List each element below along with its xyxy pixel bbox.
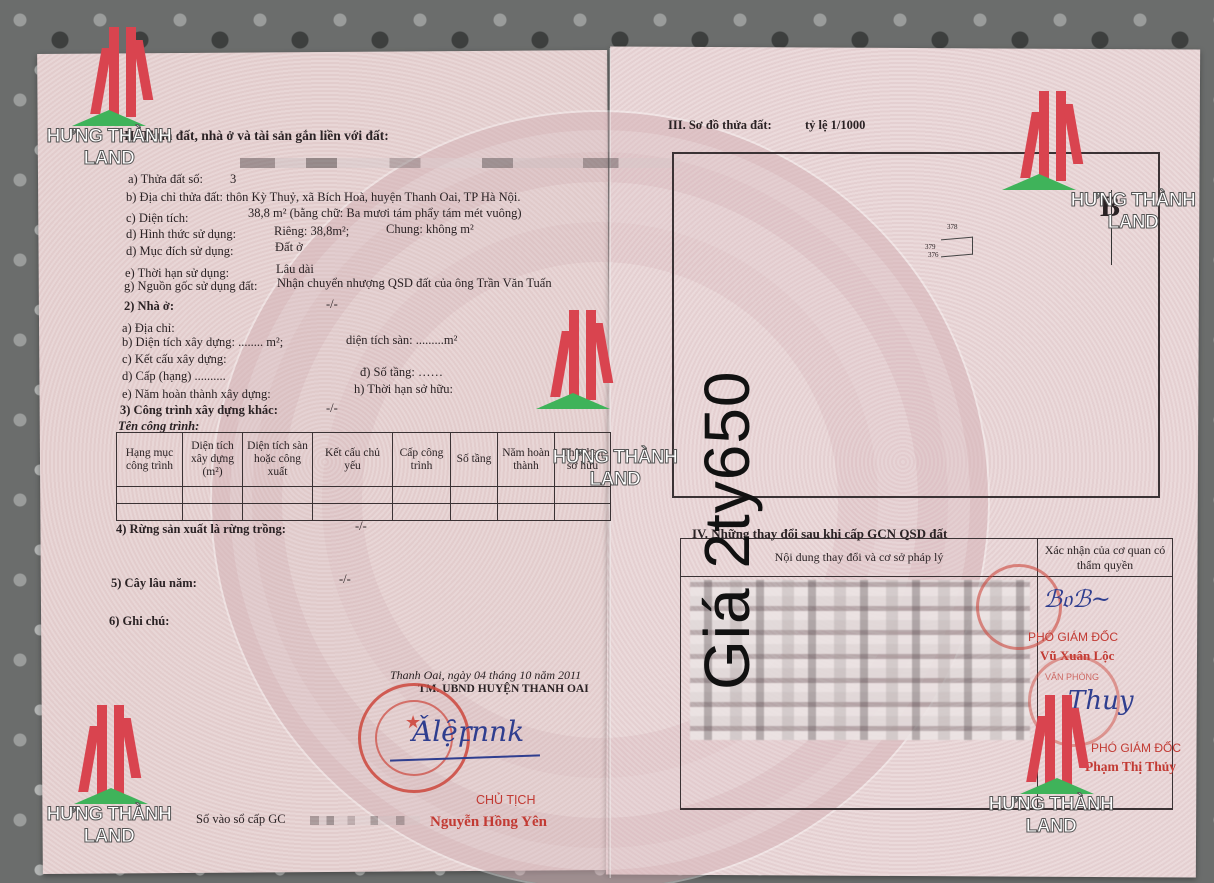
area-label: c) Diện tích: [126, 211, 188, 226]
brand-name: HƯNG THÀNH LAND [540, 447, 690, 491]
other-works-value: -/- [326, 401, 338, 416]
origin-label: g) Nguồn gốc sử dụng đất: [124, 279, 258, 294]
table-row [117, 504, 611, 521]
house-heading: 2) Nhà ở: [124, 299, 174, 314]
table-row [117, 487, 611, 504]
brand-watermark-center: HƯNG THÀNH LAND [540, 305, 690, 435]
perennial-value: -/- [339, 572, 351, 587]
ht-building-logo-icon [536, 393, 610, 409]
house-floor-area: diện tích sàn: .........m² [346, 333, 457, 348]
parcel-number-value: 3 [230, 172, 236, 187]
table-cell [393, 487, 451, 504]
house-ownership-term: h) Thời hạn sở hữu: [354, 382, 453, 397]
handwritten-signature-1: ℬ𝔬ℬ~ [1043, 585, 1111, 613]
other-works-heading: 3) Công trình xây dựng khác: [120, 403, 278, 418]
redacted-register-number [310, 816, 420, 825]
table-cell [243, 487, 313, 504]
usage-private: Riêng: 38,8m²; [274, 224, 349, 239]
signer-title: CHỦ TỊCH [476, 793, 536, 807]
signer-name: Nguyễn Hồng Yên [430, 814, 547, 831]
register-number-label: Số vào sổ cấp GC [196, 812, 286, 827]
plot-scale: tỷ lệ 1/1000 [805, 118, 865, 133]
usage-term-value: Lâu dài [276, 262, 314, 277]
col-item: Hạng mục công trình [117, 433, 183, 487]
table-cell [183, 487, 243, 504]
col-floors: Số tầng [451, 433, 498, 487]
usage-form-label: d) Hình thức sử dụng: [126, 227, 236, 242]
issue-date: Thanh Oai, ngày 04 tháng 10 năm 2011 [390, 668, 581, 683]
table-cell [313, 504, 393, 521]
table-cell [313, 487, 393, 504]
house-floors: đ) Số tầng: …… [360, 365, 443, 380]
forest-value: -/- [355, 519, 367, 534]
table-cell [393, 504, 451, 521]
usage-purpose-value: Đất ở [275, 240, 303, 255]
table-cell [451, 487, 498, 504]
table-cell [498, 504, 555, 521]
table-cell [451, 504, 498, 521]
other-works-table: Hạng mục công trình Diện tích xây dựng (… [116, 432, 611, 521]
ht-building-logo-icon [74, 788, 148, 804]
brand-watermark-bottom-left: HƯNG THÀNH LAND [34, 700, 184, 830]
area-value: 38,8 m² (bằng chữ: Ba mươi tám phẩy tám … [248, 206, 522, 221]
parcel-sketch [941, 237, 973, 258]
table-cell [243, 504, 313, 521]
house-address: a) Địa chỉ: [122, 321, 175, 336]
parcel-label-west: 379 [925, 243, 936, 251]
section-iii-heading: III. Sơ đồ thửa đất: [668, 118, 772, 133]
house-year: e) Năm hoàn thành xây dựng: [122, 387, 271, 402]
col-confirmation: Xác nhận của cơ quan có thẩm quyền [1038, 539, 1173, 577]
brand-watermark-top-right: HƯNG THÀNH LAND [980, 86, 1130, 216]
brand-name: HƯNG THÀNH LAND [34, 804, 184, 848]
house-structure: c) Kết cấu xây dựng: [122, 352, 227, 367]
col-structure: Kết cấu chủ yếu [313, 433, 393, 487]
handwritten-signature-chairman: Ǎlẹ̑ꝼnnk [412, 715, 524, 748]
brand-name: HƯNG THÀNH LAND [976, 794, 1126, 838]
signer-1-title: PHÓ GIÁM ĐỐC [1028, 630, 1118, 644]
table-cell [117, 487, 183, 504]
usage-purpose-label: d) Mục đích sử dụng: [126, 244, 233, 259]
brand-name: HƯNG THÀNH LAND [34, 126, 184, 170]
house-grade: d) Cấp (hạng) .......... [122, 369, 226, 384]
col-floor-area: Diện tích sàn hoặc công xuất [243, 433, 313, 487]
table-cell [555, 504, 611, 521]
perennial-label: 5) Cây lâu năm: [111, 576, 197, 591]
table-cell [117, 504, 183, 521]
forest-label: 4) Rừng sản xuất là rừng trồng: [116, 522, 286, 537]
parcel-label-north: 378 [947, 223, 958, 231]
seal-2-text: VĂN PHÒNG [1045, 672, 1099, 682]
notes-label: 6) Ghi chú: [109, 614, 169, 629]
ht-building-logo-icon [1002, 174, 1076, 190]
brand-watermark-bottom-right: HƯNG THÀNH LAND [976, 690, 1126, 820]
brand-name: HƯNG THÀNH LAND [1058, 190, 1208, 234]
origin-value: Nhận chuyển nhượng QSD đất của ông Trần … [277, 276, 552, 291]
ht-building-logo-icon [1020, 778, 1094, 794]
parcel-number-label: a) Thửa đất số: [128, 172, 203, 187]
col-build-area: Diện tích xây dựng (m²) [183, 433, 243, 487]
parcel-label-south: 376 [928, 251, 939, 259]
house-build-area: b) Diện tích xây dựng: ........ m²; [122, 335, 283, 350]
brand-watermark-top-left: HƯNG THÀNH LAND [34, 22, 184, 152]
col-grade: Cấp công trình [393, 433, 451, 487]
table-cell [183, 504, 243, 521]
house-heading-value: -/- [326, 297, 338, 312]
parcel-address: b) Địa chỉ thửa đất: thôn Kỳ Thuỷ, xã Bí… [126, 190, 520, 205]
price-overlay: Giá 2ty650 [690, 370, 764, 690]
redacted-parcel-number [240, 158, 680, 168]
ht-building-logo-icon [72, 110, 146, 126]
usage-shared: Chung: không m² [386, 222, 474, 237]
